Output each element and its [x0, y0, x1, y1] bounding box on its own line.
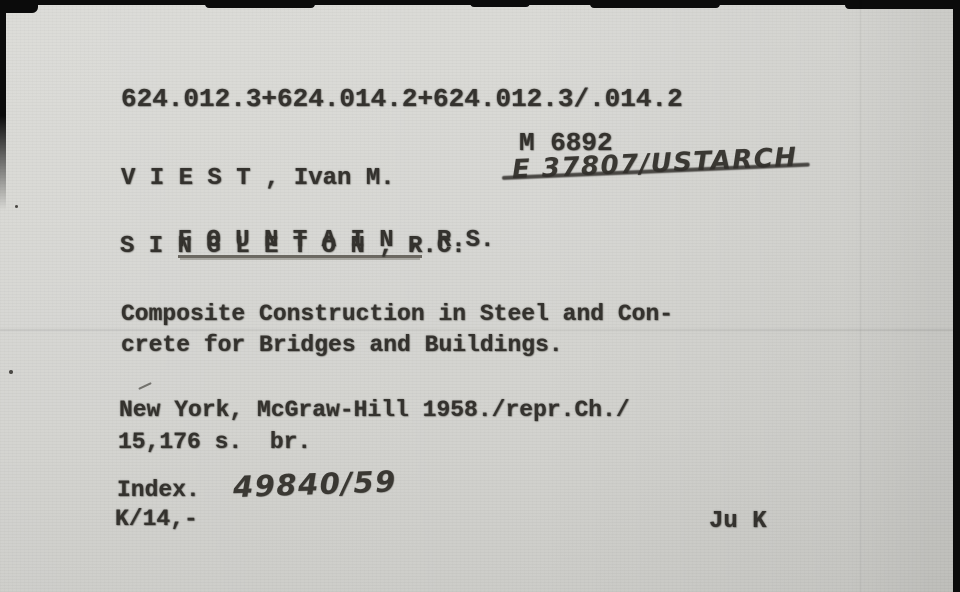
catalog-card-scan: 624.012.3+624.014.2+624.012.3/.014.2 M 6…: [0, 0, 960, 592]
title-line-1: Composite Construction in Steel and Con-: [121, 301, 673, 327]
index-number-handwritten: 49840/59: [232, 464, 397, 504]
scan-edge-top-blob-4: [845, 0, 960, 9]
scan-edge-top-blob-1: [205, 0, 315, 8]
scan-edge-top-blob-3: [590, 0, 720, 8]
author-line-1: V I E S T , Ivan M.: [121, 165, 395, 192]
right-card-edge-shadow: [860, 0, 861, 592]
title-line-2: crete for Bridges and Buildings.: [121, 332, 563, 358]
price-line: K/14,-: [115, 506, 198, 532]
scan-edge-top-blob-2: [470, 0, 530, 7]
ink-speck-left-margin: [9, 370, 13, 374]
ink-speck-small: [15, 205, 18, 208]
author-line-3: S I N G L E T O N , R.C.: [120, 233, 466, 260]
collation-line: 15,176 s. br.: [118, 429, 311, 455]
cataloguer-initials: Ju K: [709, 508, 767, 535]
stray-pen-mark: [138, 382, 152, 390]
classification-number: 624.012.3+624.014.2+624.012.3/.014.2: [121, 84, 683, 114]
imprint-line: New York, McGraw-Hill 1958./repr.Ch./: [119, 397, 630, 423]
scan-edge-left: [0, 0, 6, 210]
horizontal-crease: [0, 329, 953, 331]
index-label: Index.: [117, 477, 200, 503]
scan-edge-right: [953, 0, 960, 592]
